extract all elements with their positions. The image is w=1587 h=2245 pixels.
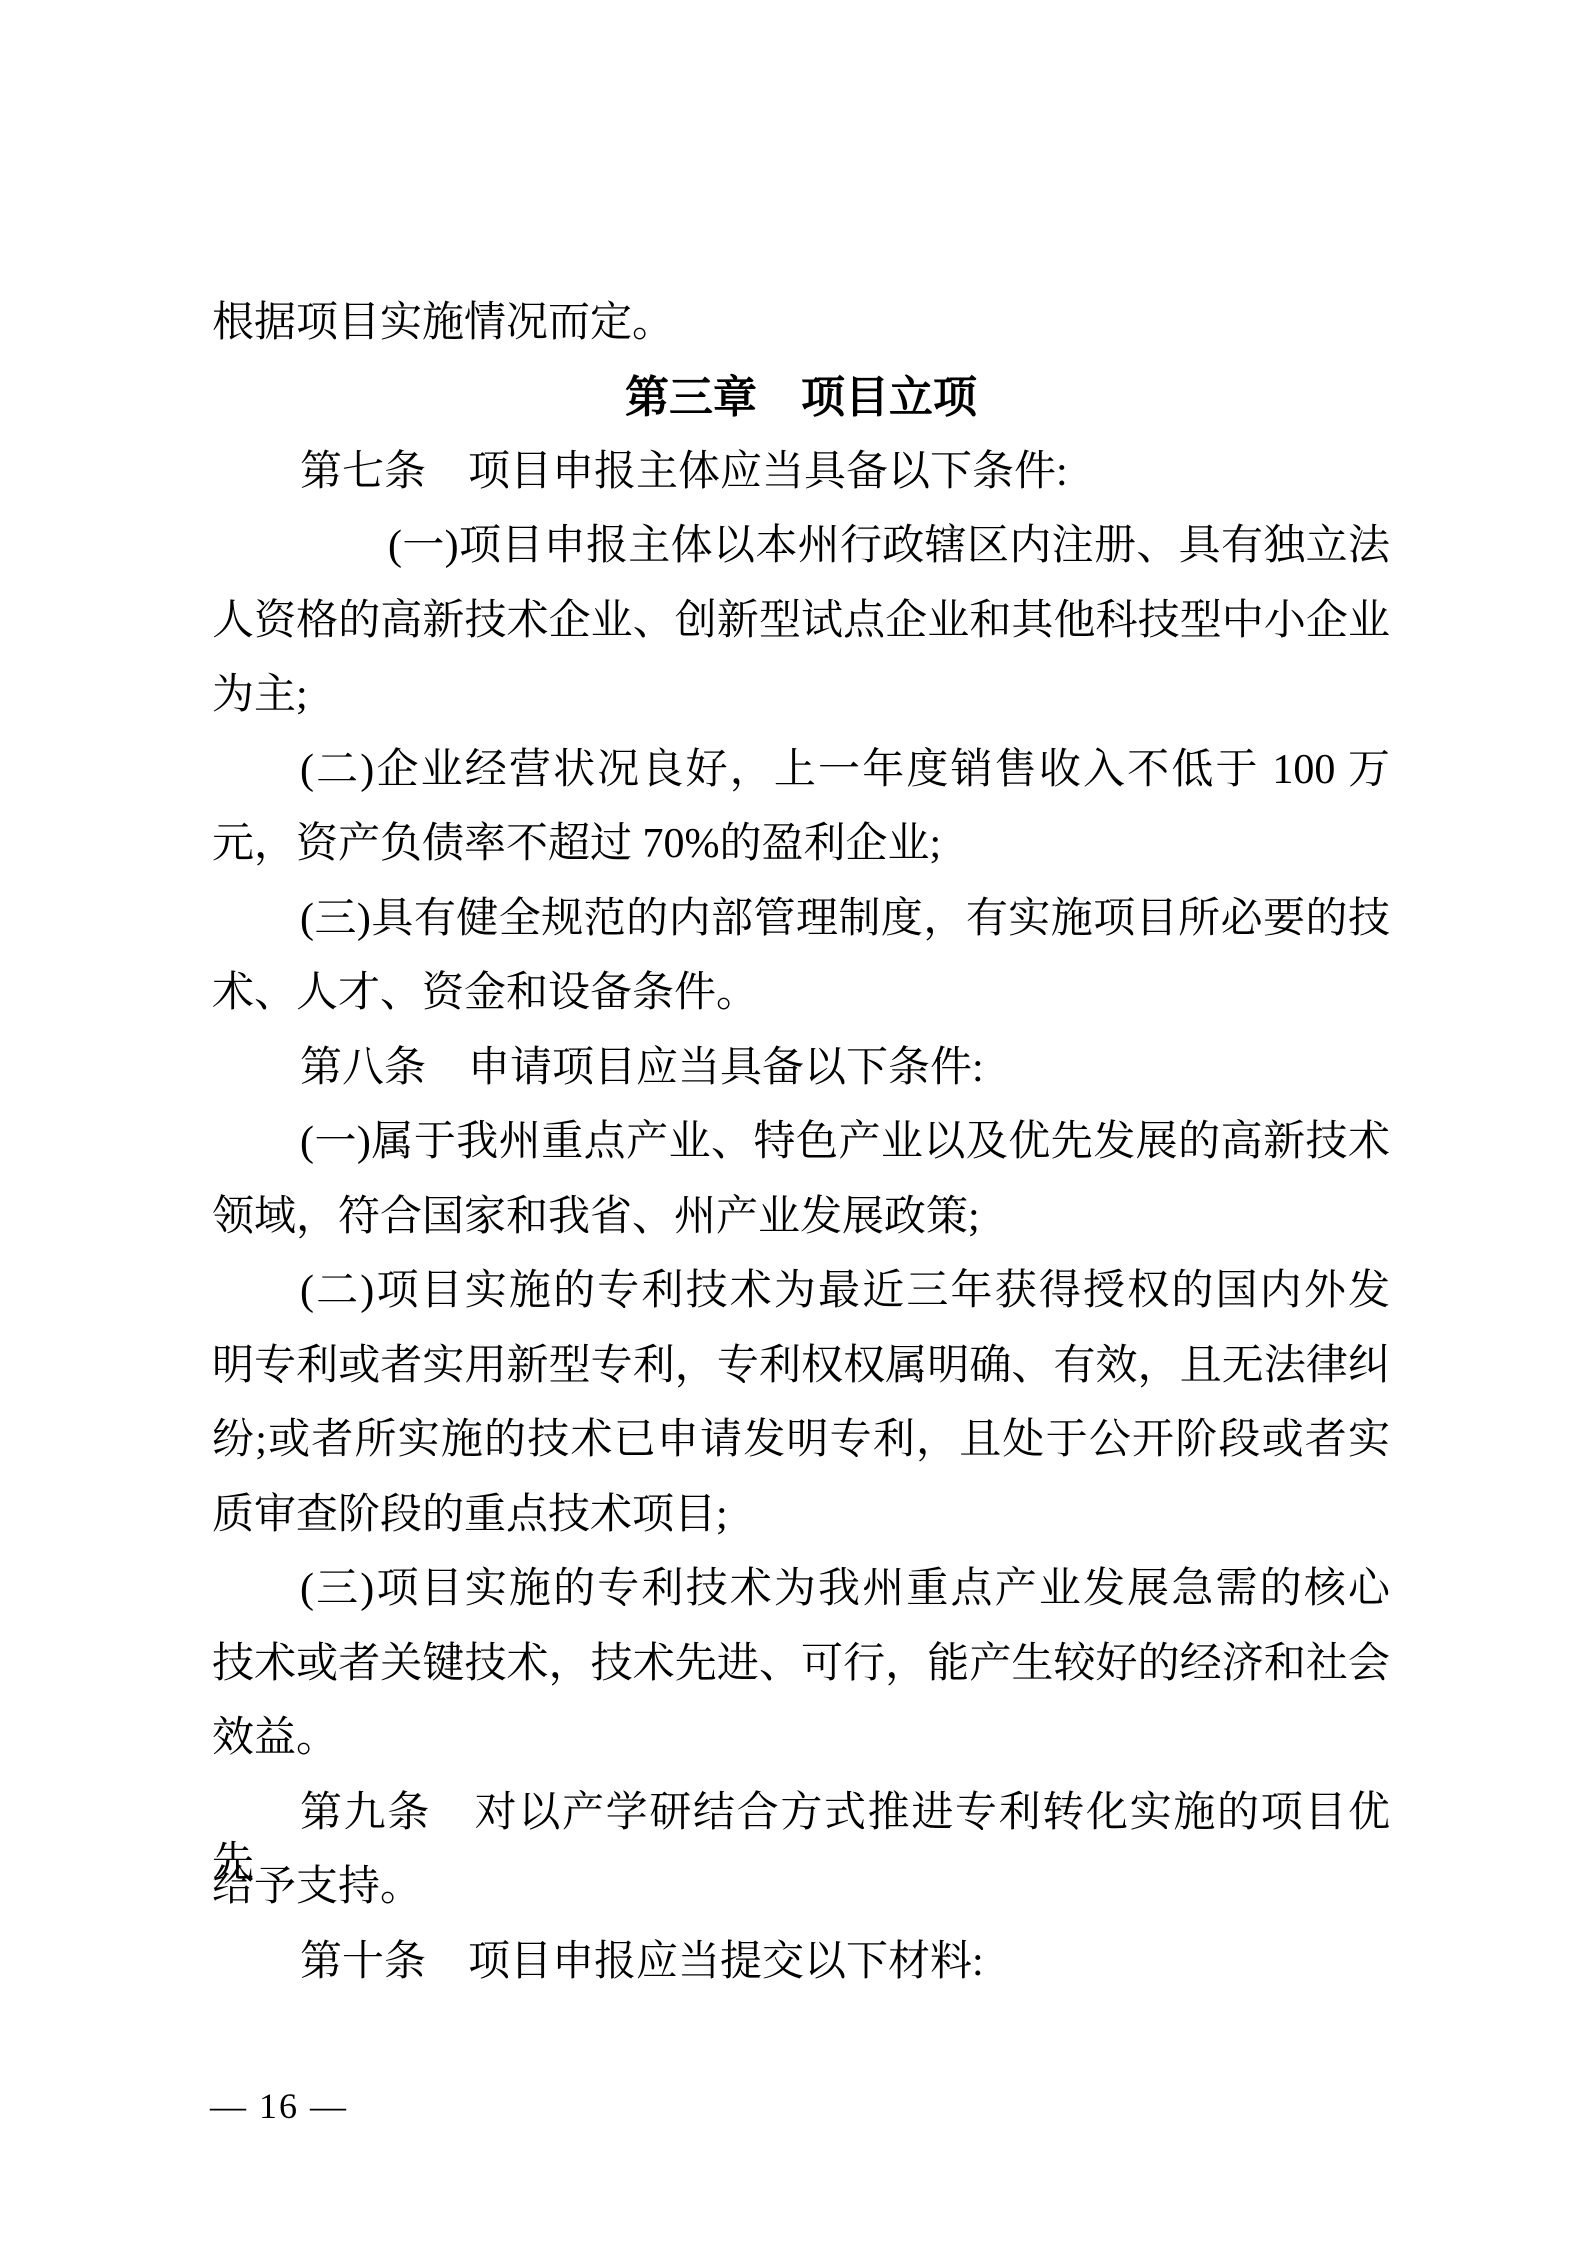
body-line: 质审查阶段的重点技术项目; bbox=[212, 1491, 1390, 1541]
body-line: (三)具有健全规范的内部管理制度，有实施项目所必要的技 bbox=[212, 895, 1390, 945]
body-line: (三)项目实施的专利技术为我州重点产业发展急需的核心 bbox=[212, 1565, 1390, 1615]
body-line: 为主; bbox=[212, 671, 1390, 721]
body-line: 给予支持。 bbox=[212, 1863, 1390, 1913]
body-line: 领域，符合国家和我省、州产业发展政策; bbox=[212, 1193, 1390, 1243]
body-line: (一)项目申报主体以本州行政辖区内注册、具有独立法 bbox=[212, 522, 1390, 572]
body-line: (二)项目实施的专利技术为最近三年获得授权的国内外发 bbox=[212, 1267, 1390, 1317]
body-line: 效益。 bbox=[212, 1714, 1390, 1764]
page-number: — 16 — bbox=[210, 2085, 348, 2127]
body-line: 元，资产负债率不超过 70%的盈利企业; bbox=[212, 820, 1390, 870]
article-7-line: 第七条 项目申报主体应当具备以下条件: bbox=[212, 448, 1390, 498]
chapter-heading: 第三章 项目立项 bbox=[212, 373, 1390, 424]
body-line: 技术或者关键技术，技术先进、可行，能产生较好的经济和社会 bbox=[212, 1640, 1390, 1690]
body-line: 术、人才、资金和设备条件。 bbox=[212, 969, 1390, 1019]
article-8-line: 第八条 申请项目应当具备以下条件: bbox=[212, 1044, 1390, 1094]
article-10-line: 第十条 项目申报应当提交以下材料: bbox=[212, 1938, 1390, 1988]
body-line: 纷;或者所实施的技术已申请发明专利，且处于公开阶段或者实 bbox=[212, 1416, 1390, 1466]
body-line: 明专利或者实用新型专利，专利权权属明确、有效，且无法律纠 bbox=[212, 1342, 1390, 1392]
body-line: 根据项目实施情况而定。 bbox=[212, 299, 1390, 349]
document-page: 根据项目实施情况而定。 第三章 项目立项 第七条 项目申报主体应当具备以下条件:… bbox=[0, 0, 1587, 2245]
body-line: (二)企业经营状况良好，上一年度销售收入不低于 100 万 bbox=[212, 746, 1390, 796]
body-line: (一)属于我州重点产业、特色产业以及优先发展的高新技术 bbox=[212, 1118, 1390, 1168]
body-line: 人资格的高新技术企业、创新型试点企业和其他科技型中小企业 bbox=[212, 597, 1390, 647]
